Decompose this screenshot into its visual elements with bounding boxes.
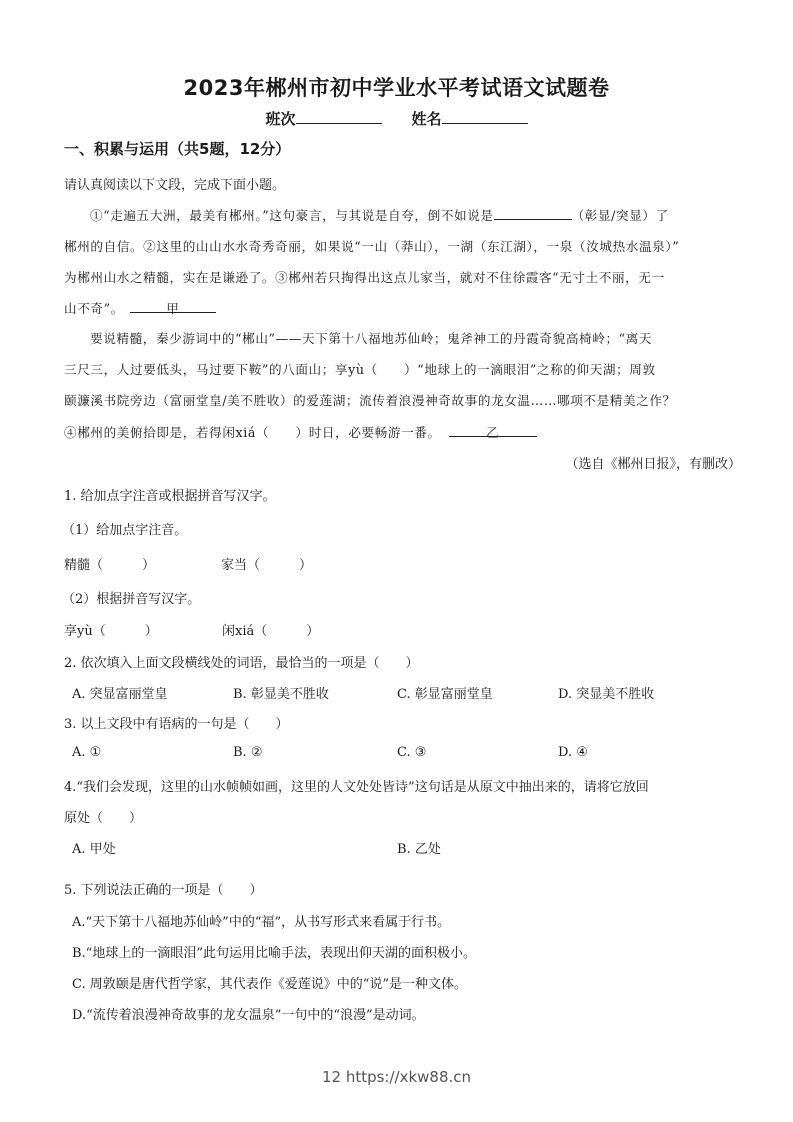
question-4-option-a[interactable]: A. 甲处 (72, 838, 116, 857)
question-3-option-a[interactable]: A. ① (72, 745, 101, 760)
passage-text: ①“走遍五大洲，最美有郴州。”这句豪言，与其说是自夸，倒不如说是 (90, 208, 494, 223)
question-3-option-c[interactable]: C. ③ (397, 745, 426, 760)
passage-p2-line1: 要说精髓，秦少游词中的“郴山”——天下第十八福地苏仙岭；鬼斧神工的丹霞奇貌高椅岭… (90, 328, 652, 347)
question-2-stem: 2. 依次填入上面文段横线处的词语，最恰当的一项是（ ） (64, 652, 419, 671)
question-2-option-c[interactable]: C. 彰显富丽堂皇 (397, 683, 493, 702)
mark-yi: 乙 (449, 422, 537, 437)
question-5-stem: 5. 下列说法正确的一项是（ ） (64, 879, 263, 898)
question-1-stem: 1. 给加点字注音或根据拼音写汉字。 (64, 485, 276, 504)
name-blank[interactable] (442, 109, 528, 124)
passage-p2-line3: 颐濂溪书院旁边（富丽堂皇/美不胜收）的爱莲湖；流传着浪漫神奇故事的龙女温……哪项… (64, 390, 676, 409)
class-label: 班次 (265, 110, 295, 128)
fill-blank-1[interactable] (494, 205, 572, 220)
passage-text: （彰显/突显）了 (572, 208, 669, 223)
student-fields: 班次姓名 (0, 108, 793, 129)
question-4-stem-line2: 原处（ ） (64, 807, 142, 826)
question-3-stem: 3. 以上文段中有语病的一句是（ ） (64, 713, 289, 732)
question-1-sub1: （1）给加点字注音。 (62, 519, 187, 538)
question-5-option-a[interactable]: A.“天下第十八福地苏仙岭”中的“福”，从书写形式来看属于行书。 (72, 911, 450, 930)
section-heading: 一、积累与运用（共5题，12分） (64, 138, 290, 159)
question-1-sub1-item-a[interactable]: 精髓（ ） (64, 554, 155, 573)
question-2-option-b[interactable]: B. 彰显美不胜收 (233, 683, 329, 702)
passage-text: ④郴州的美俯拾即是，若得闲xiá（ ）时日，必要畅游一番。 (64, 425, 441, 440)
question-3-option-d[interactable]: D. ④ (558, 745, 588, 760)
instruction: 请认真阅读以下文段，完成下面小题。 (64, 174, 285, 193)
question-2-option-a[interactable]: A. 突显富丽堂皇 (72, 683, 168, 702)
passage-source: （选自《郴州日报》，有删改） (565, 453, 741, 472)
question-1-sub1-item-b[interactable]: 家当（ ） (221, 554, 312, 573)
passage-p2-line4: ④郴州的美俯拾即是，若得闲xiá（ ）时日，必要畅游一番。乙 (64, 422, 537, 441)
question-1-sub2-item-b[interactable]: 闲xiá（ ） (222, 620, 319, 639)
passage-p2-line2: 三尺三，人过要低头，马过要下鞍”的八面山；享yù（ ）“地球上的一滴眼泪”之称的… (64, 359, 656, 378)
page-title: 2023年郴州市初中学业水平考试语文试题卷 (0, 72, 793, 102)
question-4-option-b[interactable]: B. 乙处 (397, 838, 441, 857)
page-footer: 12 https://xkw88.cn (0, 1068, 793, 1086)
passage-p1-line1: ①“走遍五大洲，最美有郴州。”这句豪言，与其说是自夸，倒不如说是（彰显/突显）了 (90, 205, 669, 224)
passage-p1-line4: 山不奇”。甲 (64, 298, 216, 317)
question-1-sub2-item-a[interactable]: 享yù（ ） (64, 620, 158, 639)
question-2-option-d[interactable]: D. 突显美不胜收 (558, 683, 654, 702)
passage-p1-line2: 郴州的自信。②这里的山山水水奇秀奇丽，如果说“一山（莽山），一湖（东江湖），一泉… (64, 236, 679, 255)
class-blank[interactable] (296, 109, 382, 124)
name-label: 姓名 (412, 110, 442, 128)
question-5-option-d[interactable]: D.“流传着浪漫神奇故事的龙女温泉”一句中的“浪漫”是动词。 (72, 1004, 425, 1023)
question-1-sub2: （2）根据拼音写汉字。 (62, 588, 200, 607)
question-5-option-b[interactable]: B.“地球上的一滴眼泪”此句运用比喻手法，表现出仰天湖的面积极小。 (72, 942, 476, 961)
question-3-option-b[interactable]: B. ② (233, 745, 262, 760)
question-5-option-c[interactable]: C. 周敦颐是唐代哲学家，其代表作《爱莲说》中的“说”是一种文体。 (72, 973, 467, 992)
question-4-stem-line1: 4.“我们会发现，这里的山水帧帧如画，这里的人文处处皆诗”这句话是从原文中抽出来… (64, 776, 649, 795)
mark-jia: 甲 (130, 298, 216, 313)
passage-text: 山不奇”。 (64, 301, 124, 316)
passage-p1-line3: 为郴州山水之精髓，实在是谦逊了。③郴州若只掏得出这点儿家当，就对不住徐霞客“无寸… (64, 267, 665, 286)
